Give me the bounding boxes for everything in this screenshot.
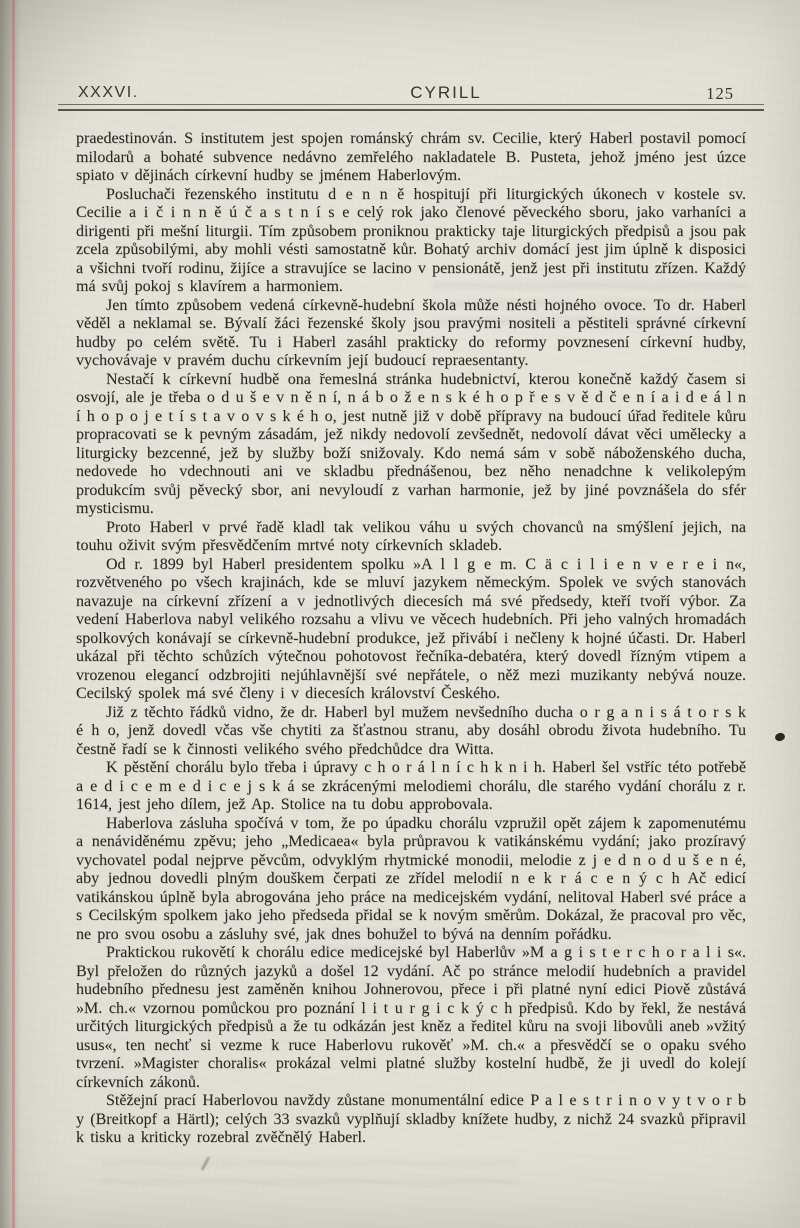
page-edge-shadow: [0, 0, 20, 1228]
page-body: praedestinován. S institutem jest spojen…: [76, 130, 746, 1148]
paragraph: Haberlova zásluha spočívá v tom, že po ú…: [76, 815, 746, 945]
paragraph: Nestačí k církevní hudbě ona řemeslná st…: [76, 371, 746, 519]
paragraph: K pěstění chorálu bylo třeba i úpravy c …: [76, 759, 746, 815]
paragraph: Jen tímto způsobem vedená církevně-hudeb…: [76, 297, 746, 371]
page-number: 125: [706, 84, 734, 104]
ink-speck: [774, 732, 786, 742]
ink-showthrough-decoration: [100, 1160, 520, 1190]
paragraph: Stěžejní prací Haberlovou navždy zůstane…: [76, 1092, 746, 1148]
header-rule-lower: [58, 109, 764, 111]
running-header: XXXVI. CYRILL 125: [58, 84, 764, 104]
paragraph: praedestinován. S institutem jest spojen…: [76, 130, 746, 186]
scanned-page: XXXVI. CYRILL 125 praedestinován. S inst…: [0, 0, 800, 1228]
paragraph: Proto Haberl v prvé řadě kladl tak velik…: [76, 519, 746, 556]
header-rule: [58, 104, 764, 111]
paragraph: Praktickou rukovětí k chorálu edice medi…: [76, 944, 746, 1092]
paragraph: Od r. 1899 byl Haberl presidentem spolku…: [76, 556, 746, 704]
paragraph: Posluchači řezenského institutu d e n n …: [76, 186, 746, 297]
journal-title: CYRILL: [410, 83, 482, 103]
volume-number: XXXVI.: [78, 84, 139, 102]
paragraph: Již z těchto řádků vidno, že dr. Haberl …: [76, 704, 746, 760]
ink-mark: [201, 1156, 211, 1171]
page-edge-line: [12, 0, 15, 1228]
